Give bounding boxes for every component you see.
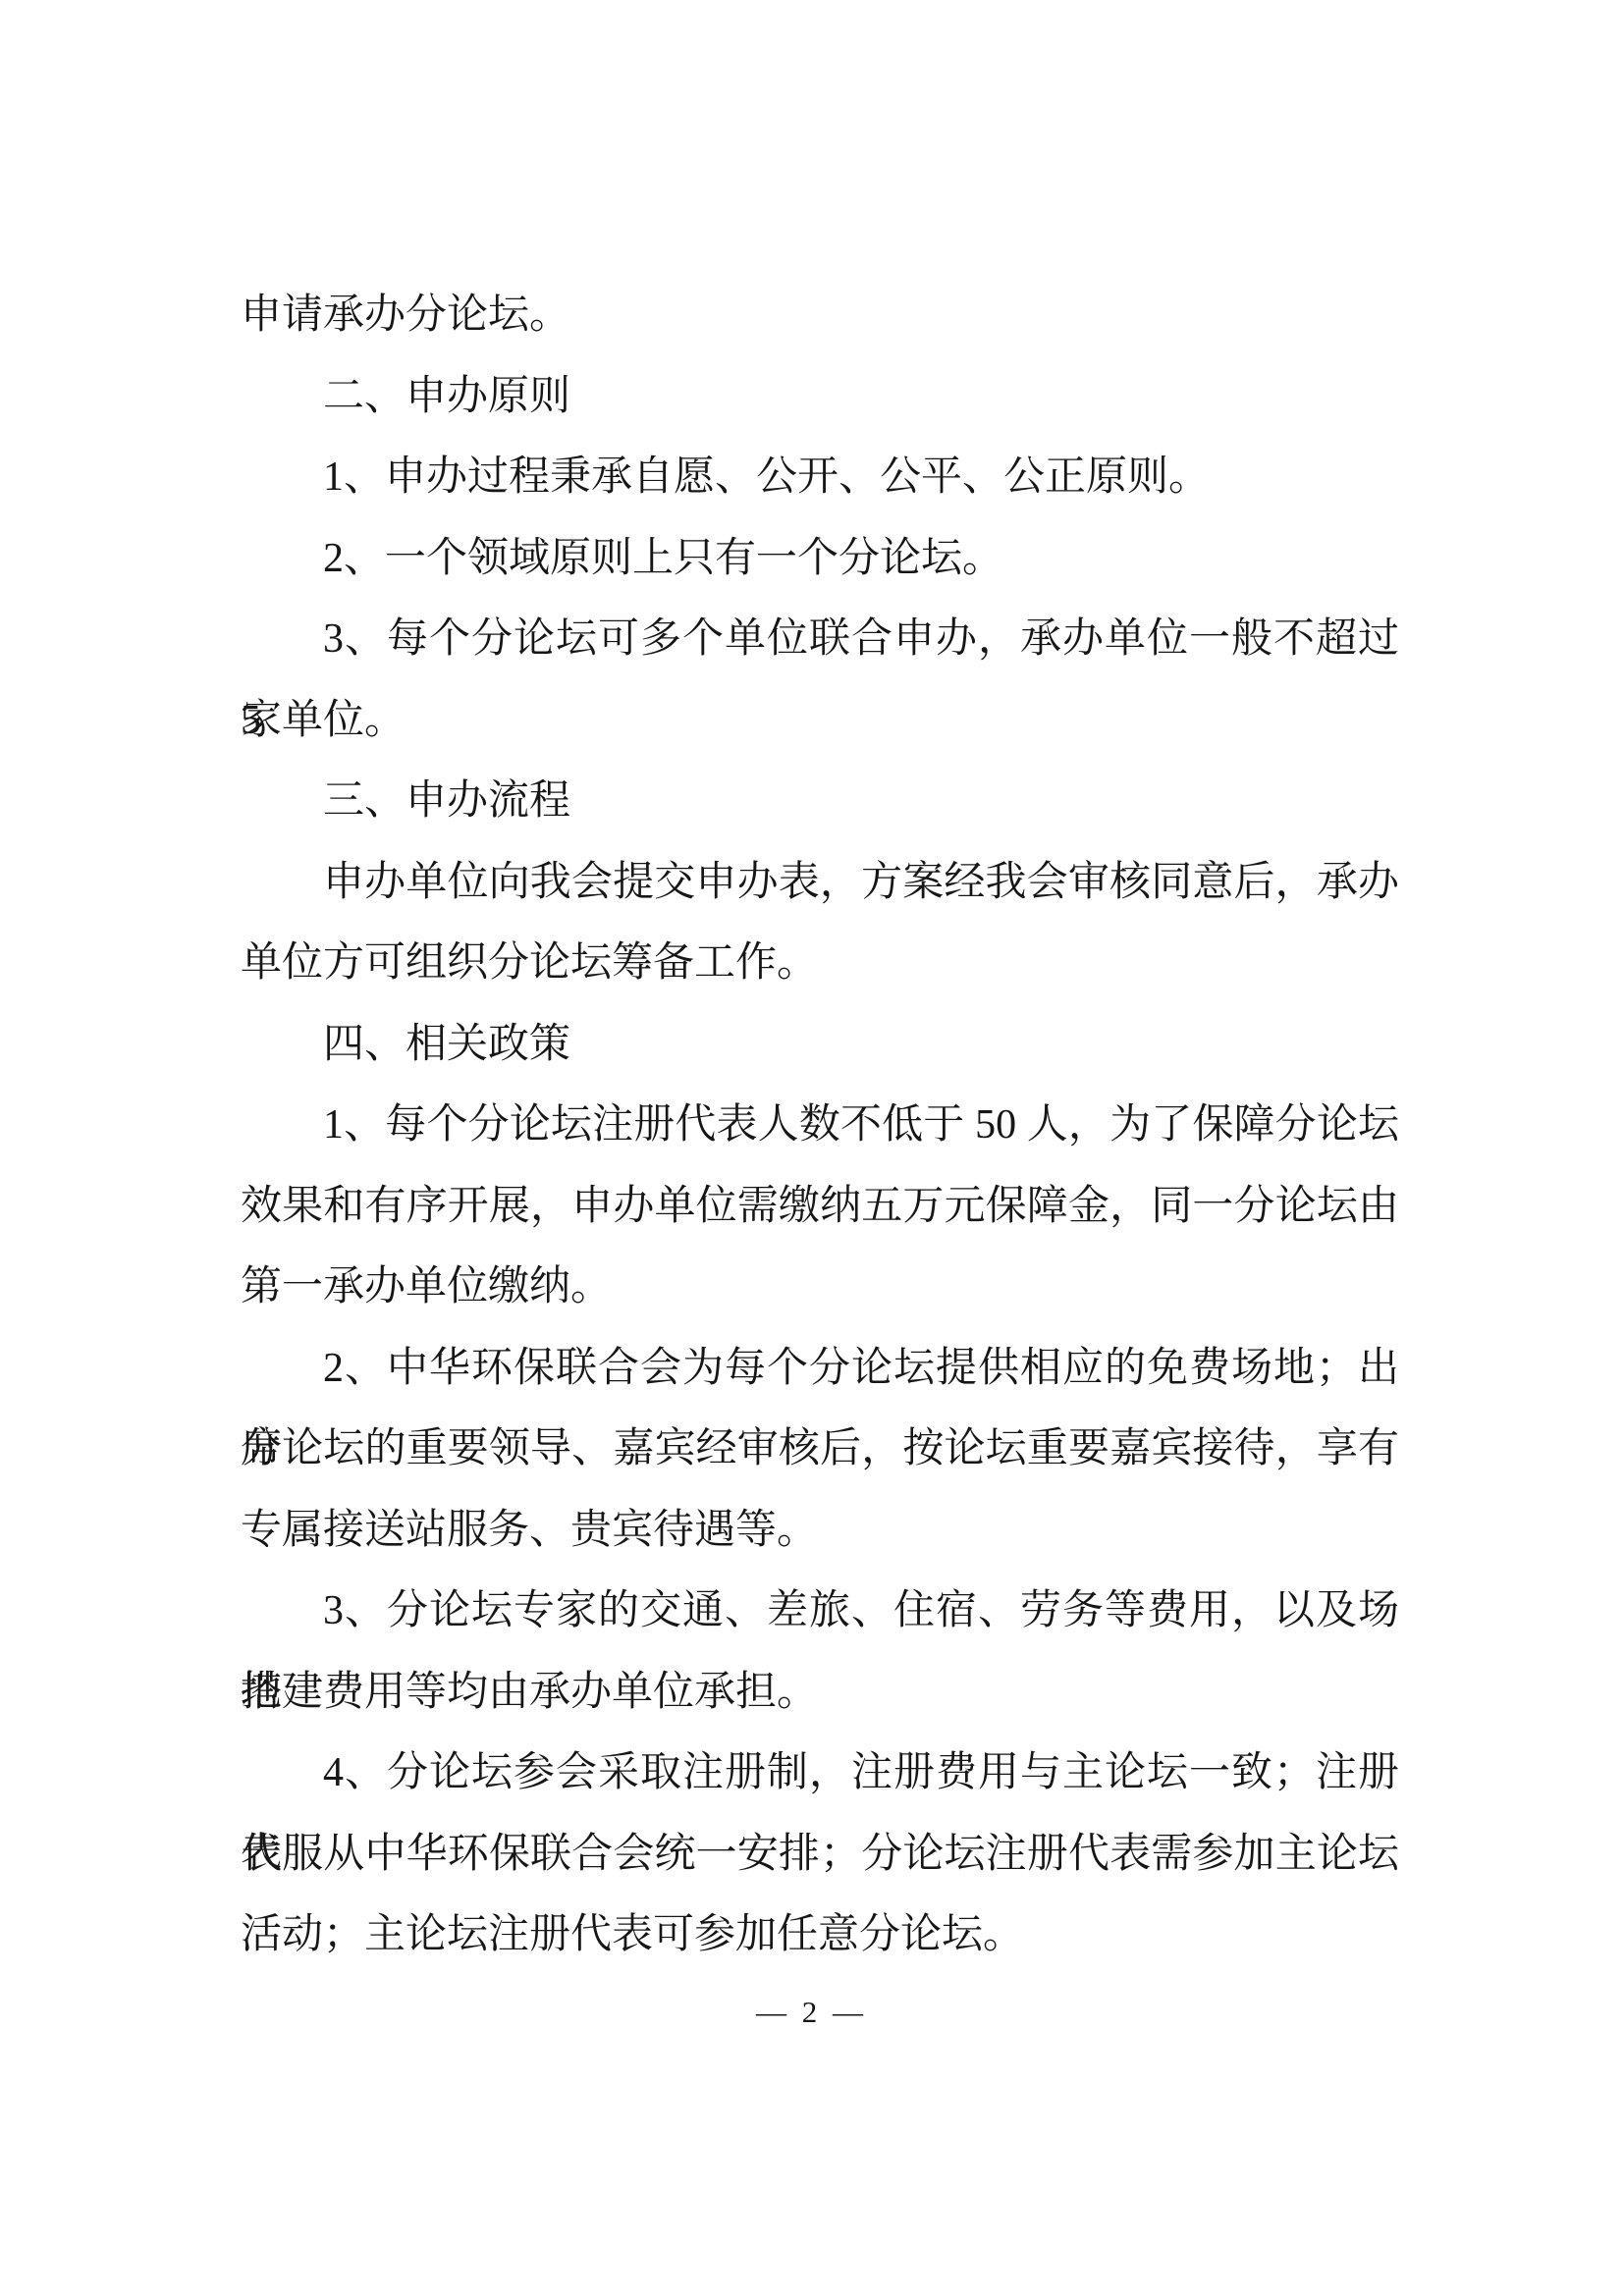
paragraph-continuation-line: 第一承办单位缴纳。 (241, 1247, 1399, 1328)
paragraph-continuation-line: 活动；主论坛注册代表可参加任意分论坛。 (241, 1895, 1399, 1976)
section-heading-2: 二、申办原则 (241, 356, 1399, 438)
paragraph-continuation-line: 分论坛的重要领导、嘉宾经审核后，按论坛重要嘉宾接待，享有 (241, 1409, 1399, 1490)
list-item-line: 4、分论坛参会采取注册制，注册费用与主论坛一致；注册代 (241, 1733, 1399, 1814)
section-heading-4: 四、相关政策 (241, 1004, 1399, 1086)
list-item-line: 3、分论坛专家的交通、差旅、住宿、劳务等费用，以及场地 (241, 1571, 1399, 1652)
paragraph-continuation-line: 搭建费用等均由承办单位承担。 (241, 1652, 1399, 1734)
section-heading-3: 三、申办流程 (241, 761, 1399, 842)
paragraph-line: 申办单位向我会提交申办表，方案经我会审核同意后，承办 (241, 842, 1399, 924)
paragraph-continuation-line: 申请承办分论坛。 (241, 275, 1399, 356)
paragraph-continuation-line: 效果和有序开展，申办单位需缴纳五万元保障金，同一分论坛由 (241, 1166, 1399, 1248)
list-item-line: 3、每个分论坛可多个单位联合申办，承办单位一般不超过 5 (241, 599, 1399, 680)
document-page: 申请承办分论坛。 二、申办原则 1、申办过程秉承自愿、公开、公平、公正原则。 2… (0, 0, 1623, 2296)
page-number: — 2 — (0, 1995, 1623, 2030)
list-item-line: 1、申办过程秉承自愿、公开、公平、公正原则。 (241, 437, 1399, 518)
paragraph-continuation-line: 专属接送站服务、贵宾待遇等。 (241, 1490, 1399, 1572)
list-item-line: 1、每个分论坛注册代表人数不低于 50 人，为了保障分论坛 (241, 1085, 1399, 1166)
paragraph-continuation-line: 单位方可组织分论坛筹备工作。 (241, 923, 1399, 1004)
list-item-line: 2、一个领域原则上只有一个分论坛。 (241, 518, 1399, 600)
document-body: 申请承办分论坛。 二、申办原则 1、申办过程秉承自愿、公开、公平、公正原则。 2… (241, 275, 1399, 1976)
list-item-line: 2、中华环保联合会为每个分论坛提供相应的免费场地；出席 (241, 1328, 1399, 1410)
paragraph-continuation-line: 家单位。 (241, 680, 1399, 762)
paragraph-continuation-line: 表服从中华环保联合会统一安排；分论坛注册代表需参加主论坛 (241, 1814, 1399, 1896)
